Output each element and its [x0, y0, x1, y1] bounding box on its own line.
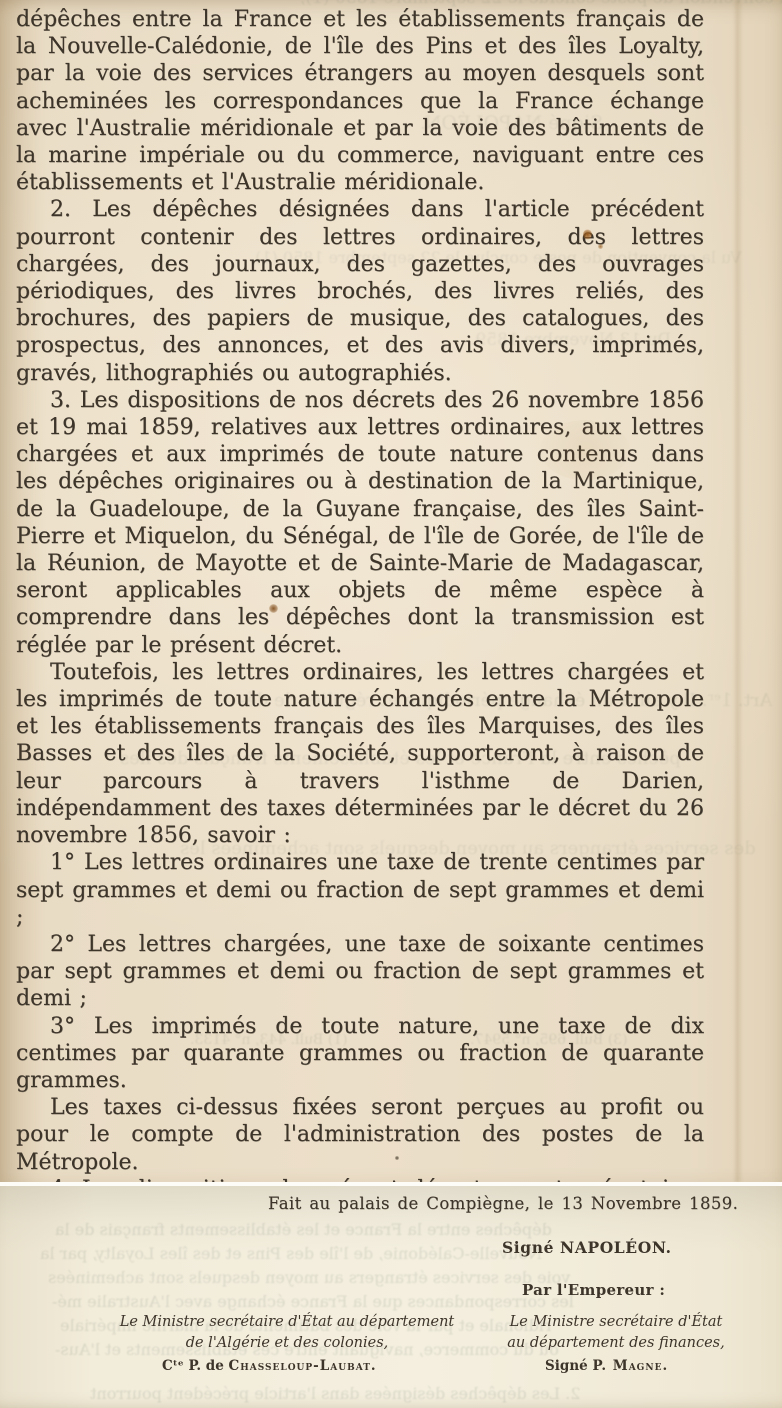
bleedthrough-text: dépêches entre la France et les établiss…: [55, 1220, 552, 1239]
page-crease: [733, 0, 743, 1182]
decree-item-1: 1° Les lettres ordinaires une taxe de tr…: [16, 849, 704, 931]
minister-title-algeria-colonies: Le Ministre secrétaire d'État au départe…: [92, 1312, 482, 1354]
minister-title-line: au département des finances,: [488, 1333, 744, 1354]
signature-name: P. Magne.: [592, 1358, 668, 1374]
bleedthrough-text: les correspondances que la France échang…: [52, 1292, 574, 1311]
signature-name: Chasseloup-Laubat.: [229, 1358, 377, 1374]
decree-paragraph-article-2: 2. Les dépêches désignées dans l'article…: [16, 196, 704, 386]
decree-body-section: Vu la convention de poste conclue le 22 …: [0, 0, 782, 1182]
minister-title-line: Le Ministre secrétaire d'État: [488, 1312, 744, 1333]
decree-text-column: dépêches entre la France et les établiss…: [16, 6, 704, 1182]
emperor-signature: Signé NAPOLÉON.: [502, 1238, 672, 1257]
minister-title-line: de l'Algérie et des colonies,: [92, 1333, 482, 1354]
by-the-emperor-label: Par l'Empereur :: [522, 1281, 665, 1299]
bleedthrough-text: 2. Les dépêches désignées dans l'article…: [90, 1384, 580, 1403]
decree-dateline: Fait au palais de Compiègne, le 13 Novem…: [268, 1194, 738, 1213]
decree-paragraph-article-3: 3. Les dispositions de nos décrets des 2…: [16, 387, 704, 659]
signature-chasseloup-laubat: Cᵗᵉ P. de Chasseloup-Laubat.: [162, 1358, 377, 1374]
signature-magne: Signé P. Magne.: [545, 1358, 668, 1374]
bleedthrough-text: voie des services étrangers au moyen des…: [48, 1268, 570, 1287]
signature-prefix: Signé: [545, 1358, 588, 1374]
decree-paragraph-toutefois: Toutefois, les lettres ordinaires, les l…: [16, 659, 704, 849]
signature-section: dépêches entre la France et les établiss…: [0, 1186, 782, 1408]
decree-paragraph: dépêches entre la France et les établiss…: [16, 6, 704, 196]
decree-paragraph-article-4: 4. Les dispositions du présent décret se…: [16, 1176, 704, 1182]
minister-title-line: Le Ministre secrétaire d'État au départe…: [92, 1312, 482, 1333]
decree-item-3: 3° Les imprimés de toute nature, une tax…: [16, 1013, 704, 1095]
bleedthrough-text: Nouvelle-Calédonie, de l'île des Pins et…: [40, 1244, 542, 1263]
minister-title-finances: Le Ministre secrétaire d'État au départe…: [488, 1312, 744, 1354]
signature-prefix: Cᵗᵉ P. de: [162, 1358, 224, 1374]
decree-item-2: 2° Les lettres chargées, une taxe de soi…: [16, 931, 704, 1013]
scanned-document-page: Vu la convention de poste conclue le 22 …: [0, 0, 782, 1408]
decree-paragraph-taxes: Les taxes ci-dessus fixées seront perçue…: [16, 1094, 704, 1176]
